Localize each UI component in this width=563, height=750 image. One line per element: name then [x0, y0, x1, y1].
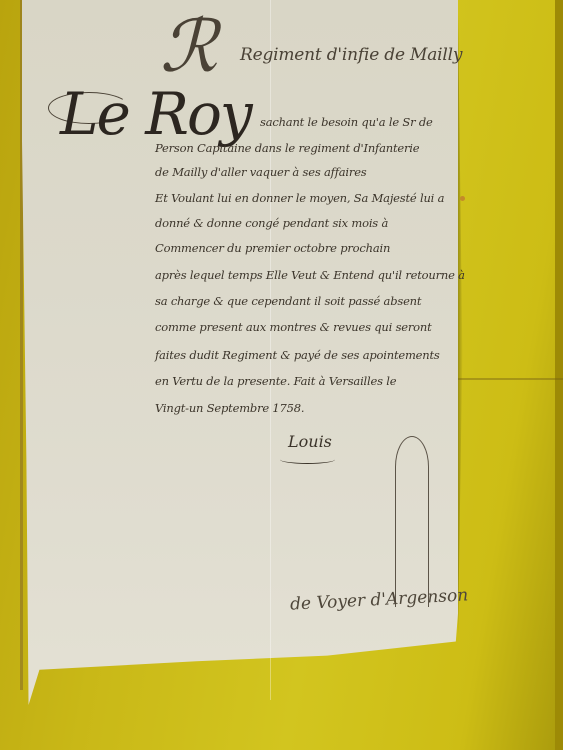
king-signature: Louis	[288, 432, 332, 451]
regiment-header: Regiment d'infie de Mailly	[240, 45, 462, 65]
ink-stain	[460, 196, 465, 201]
header-flourish: ℛ	[160, 4, 217, 88]
body-line: donné & donne congé pendant six mois à	[155, 216, 388, 230]
body-line: Et Voulant lui en donner le moyen, Sa Ma…	[155, 191, 444, 205]
signature-flourish	[280, 455, 335, 464]
body-line: sa charge & que cependant il soit passé …	[155, 294, 421, 308]
body-line: de Mailly d'aller vaquer à ses affaires	[155, 165, 367, 179]
opening-title: Le Roy	[60, 80, 251, 148]
countersign-flourish	[395, 436, 429, 607]
body-line: après lequel temps Elle Veut & Entend qu…	[155, 268, 465, 282]
background-shadow	[555, 0, 563, 750]
body-line: comme present aux montres & revues qui s…	[155, 320, 432, 334]
body-line: Person Capitaine dans le regiment d'Infa…	[155, 141, 419, 155]
body-line: Vingt-un Septembre 1758.	[155, 401, 304, 415]
body-line: faites dudit Regiment & payé de ses apoi…	[155, 348, 440, 362]
background-fold	[458, 378, 563, 380]
body-line: Commencer du premier octobre prochain	[155, 241, 390, 255]
body-line: en Vertu de la presente. Fait à Versaill…	[155, 374, 396, 388]
body-line: sachant le besoin qu'a le Sr de	[260, 115, 433, 129]
